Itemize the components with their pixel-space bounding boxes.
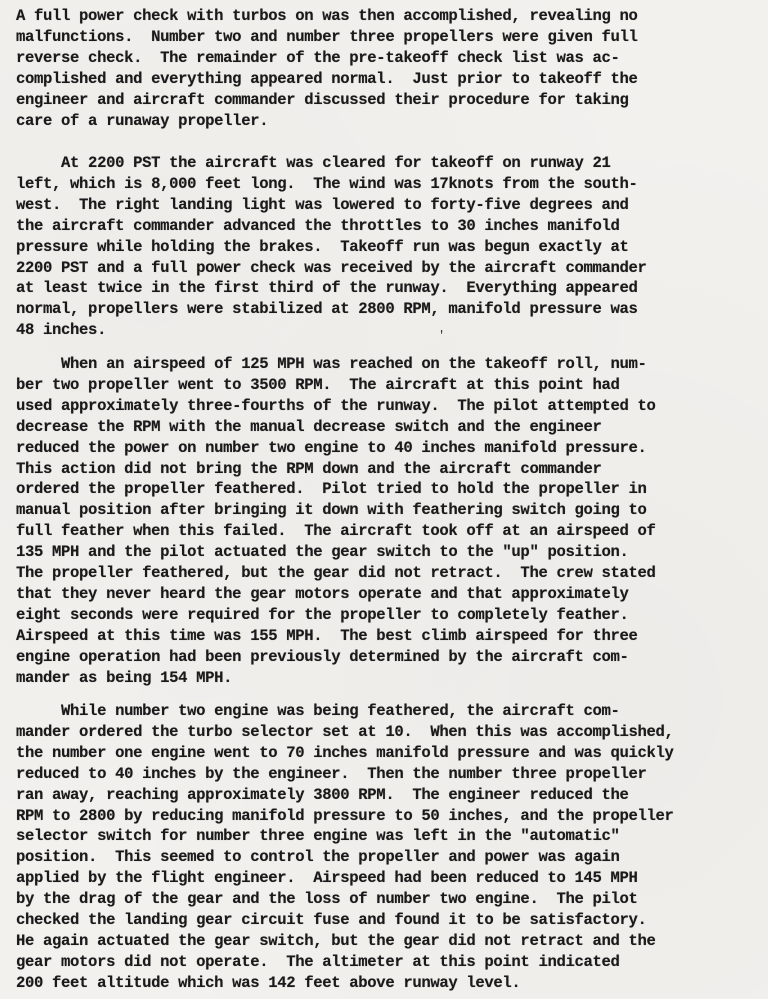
text-line: gear motors did not operate. The altimet… (16, 952, 766, 973)
text-line: checked the landing gear circuit fuse an… (16, 910, 766, 931)
paragraph-runaway-propeller-three: While number two engine was being feathe… (16, 701, 766, 994)
text-line: applied by the flight engineer. Airspeed… (16, 868, 766, 889)
typewritten-page: A full power check with turbos on was th… (0, 0, 768, 999)
text-line: by the drag of the gear and the loss of … (16, 889, 766, 910)
text-line: engineer and aircraft commander discusse… (16, 90, 766, 111)
text-line: Airspeed at this time was 155 MPH. The b… (16, 626, 766, 647)
text-line: reduced the power on number two engine t… (16, 438, 766, 459)
paragraph-runaway-propeller-two: When an airspeed of 125 MPH was reached … (16, 354, 766, 689)
text-line: He again actuated the gear switch, but t… (16, 931, 766, 952)
text-line: mander ordered the turbo selector set at… (16, 722, 766, 743)
text-line: that they never heard the gear motors op… (16, 584, 766, 605)
text-line: A full power check with turbos on was th… (16, 6, 766, 27)
text-line: decrease the RPM with the manual decreas… (16, 417, 766, 438)
text-line: the number one engine went to 70 inches … (16, 743, 766, 764)
text-line: 200 feet altitude which was 142 feet abo… (16, 973, 766, 994)
text-line: pressure while holding the brakes. Takeo… (16, 237, 766, 258)
text-line: manual position after bringing it down w… (16, 500, 766, 521)
text-line: mander as being 154 MPH. (16, 668, 766, 689)
text-line: ran away, reaching approximately 3800 RP… (16, 785, 766, 806)
text-line: care of a runaway propeller. (16, 111, 766, 132)
text-line: RPM to 2800 by reducing manifold pressur… (16, 806, 766, 827)
paragraph-preflight-check: A full power check with turbos on was th… (16, 6, 766, 131)
text-line: reverse check. The remainder of the pre-… (16, 48, 766, 69)
text-line: eight seconds were required for the prop… (16, 605, 766, 626)
text-line: normal, propellers were stabilized at 28… (16, 299, 766, 320)
text-line: ordered the propeller feathered. Pilot t… (16, 479, 766, 500)
text-line: 135 MPH and the pilot actuated the gear … (16, 542, 766, 563)
text-line: reduced to 40 inches by the engineer. Th… (16, 764, 766, 785)
text-line: 2200 PST and a full power check was rece… (16, 258, 766, 279)
text-line: left, which is 8,000 feet long. The wind… (16, 174, 766, 195)
text-line: This action did not bring the RPM down a… (16, 459, 766, 480)
paragraph-takeoff-clearance: At 2200 PST the aircraft was cleared for… (16, 153, 766, 341)
text-line: at least twice in the first third of the… (16, 278, 766, 299)
text-line: full feather when this failed. The aircr… (16, 521, 766, 542)
text-line: At 2200 PST the aircraft was cleared for… (16, 153, 766, 174)
text-line: west. The right landing light was lowere… (16, 195, 766, 216)
text-line: complished and everything appeared norma… (16, 69, 766, 90)
text-line: The propeller feathered, but the gear di… (16, 563, 766, 584)
text-line: used approximately three-fourths of the … (16, 396, 766, 417)
text-line: selector switch for number three engine … (16, 826, 766, 847)
text-line: 48 inches. (16, 320, 766, 341)
text-line: When an airspeed of 125 MPH was reached … (16, 354, 766, 375)
text-line: ber two propeller went to 3500 RPM. The … (16, 375, 766, 396)
text-line: the aircraft commander advanced the thro… (16, 216, 766, 237)
ink-speck: ' (438, 329, 445, 343)
text-line: malfunctions. Number two and number thre… (16, 27, 766, 48)
text-line: engine operation had been previously det… (16, 647, 766, 668)
text-line: position. This seemed to control the pro… (16, 847, 766, 868)
text-line: While number two engine was being feathe… (16, 701, 766, 722)
